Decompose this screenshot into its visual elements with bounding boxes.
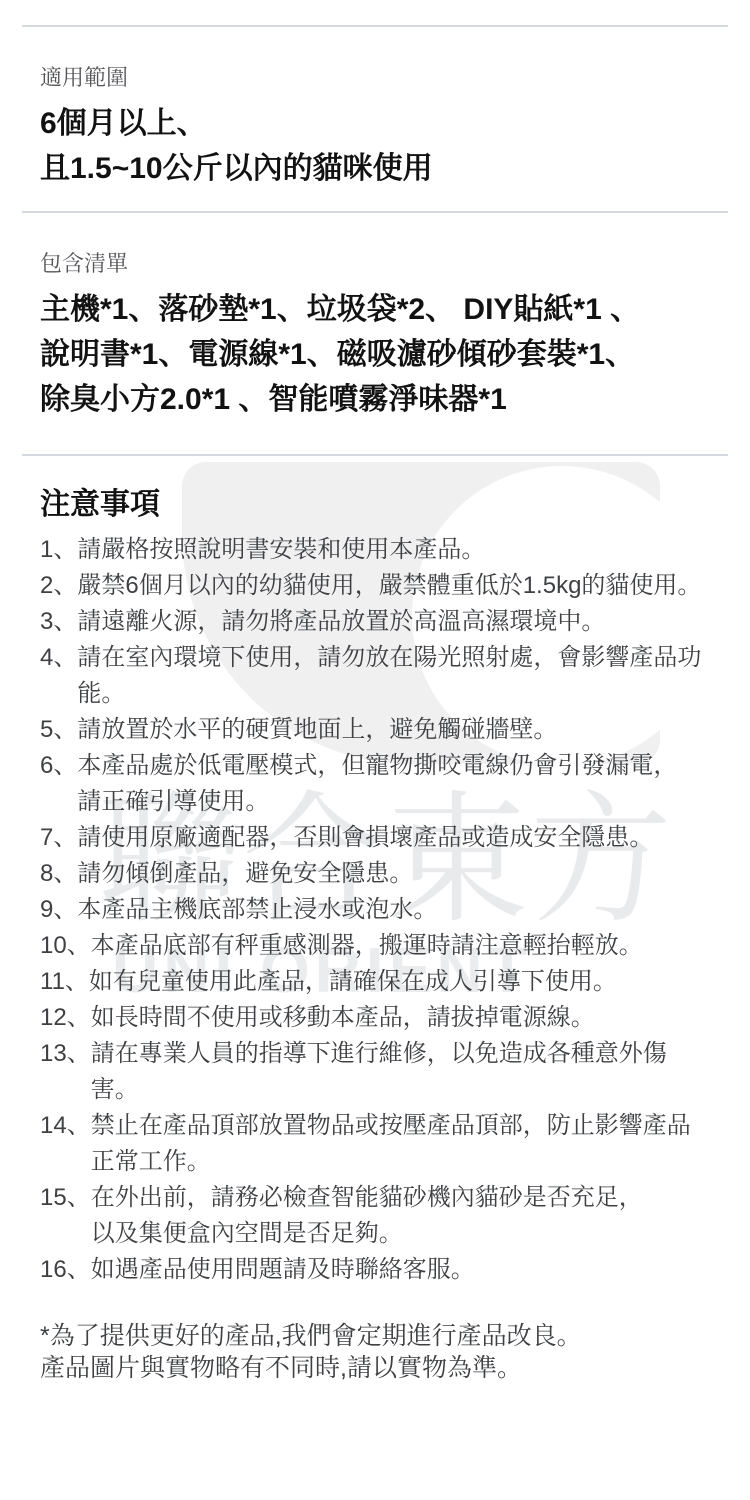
note-text: 在外出前，請務必檢查智能貓砂機內貓砂是否充足， 以及集便盒內空間是否足夠。 [91, 1180, 643, 1252]
note-item: 4、請在室內環境下使用，請勿放在陽光照射處，會影響產品功能。 [40, 640, 710, 712]
note-item: 11、如有兒童使用此產品，請確保在成人引導下使用。 [40, 964, 710, 1000]
note-number: 12、 [40, 1000, 91, 1036]
note-item: 16、如遇產品使用問題請及時聯絡客服。 [40, 1252, 710, 1288]
note-number: 4、 [40, 640, 77, 676]
scope-line-1: 6個月以上、 [40, 101, 710, 146]
note-number: 15、 [40, 1180, 91, 1216]
note-text: 本產品主機底部禁止浸水或泡水。 [77, 892, 437, 928]
note-text: 嚴禁6個月以內的幼貓使用，嚴禁體重低於1.5kg的貓使用。 [77, 568, 701, 604]
note-text: 本產品底部有秤重感測器，搬運時請注意輕抬輕放。 [91, 928, 643, 964]
included-line-3: 除臭小方2.0*1 、智能噴霧淨味器*1 [40, 377, 710, 422]
note-item: 15、在外出前，請務必檢查智能貓砂機內貓砂是否充足， 以及集便盒內空間是否足夠。 [40, 1180, 710, 1252]
included-label: 包含清單 [40, 251, 710, 277]
note-number: 10、 [40, 928, 91, 964]
note-text: 請放置於水平的硬質地面上，避免觸碰牆壁。 [77, 712, 557, 748]
note-item: 9、本產品主機底部禁止浸水或泡水。 [40, 892, 710, 928]
note-text: 如有兒童使用此產品，請確保在成人引導下使用。 [89, 964, 617, 1000]
note-text: 如遇產品使用問題請及時聯絡客服。 [91, 1252, 475, 1288]
section-scope: 適用範圍 6個月以上、 且1.5~10公斤以內的貓咪使用 [0, 65, 750, 191]
note-text: 請嚴格按照說明書安裝和使用本產品。 [77, 532, 485, 568]
note-item: 6、本產品處於低電壓模式，但寵物撕咬電線仍會引發漏電， 請正確引導使用。 [40, 748, 710, 820]
note-item: 14、禁止在產品頂部放置物品或按壓產品頂部，防止影響產品 正常工作。 [40, 1108, 710, 1180]
note-item: 2、嚴禁6個月以內的幼貓使用，嚴禁體重低於1.5kg的貓使用。 [40, 568, 710, 604]
note-text: 請在室內環境下使用，請勿放在陽光照射處，會影響產品功能。 [77, 640, 710, 712]
note-item: 3、請遠離火源，請勿將產品放置於高溫高濕環境中。 [40, 604, 710, 640]
note-number: 9、 [40, 892, 77, 928]
note-number: 2、 [40, 568, 77, 604]
section-divider [22, 25, 728, 27]
footer-line-1: *為了提供更好的產品,我們會定期進行產品改良。 [40, 1320, 710, 1352]
note-text: 請勿傾倒產品，避免安全隱患。 [77, 856, 413, 892]
note-text: 請在專業人員的指導下進行維修，以免造成各種意外傷害。 [91, 1036, 710, 1108]
note-number: 8、 [40, 856, 77, 892]
footer-line-2: 產品圖片與實物略有不同時,請以實物為準。 [40, 1352, 710, 1384]
note-item: 13、請在專業人員的指導下進行維修，以免造成各種意外傷害。 [40, 1036, 710, 1108]
scope-line-2: 且1.5~10公斤以內的貓咪使用 [40, 146, 710, 191]
note-number: 11、 [40, 964, 89, 1000]
note-text: 如長時間不使用或移動本產品，請拔掉電源線。 [91, 1000, 595, 1036]
included-line-2: 說明書*1、電源線*1、磁吸濾砂傾砂套裝*1、 [40, 332, 710, 377]
content: 適用範圍 6個月以上、 且1.5~10公斤以內的貓咪使用 包含清單 主機*1、落… [0, 25, 750, 1384]
note-text: 本產品處於低電壓模式，但寵物撕咬電線仍會引發漏電， 請正確引導使用。 [77, 748, 677, 820]
scope-label: 適用範圍 [40, 65, 710, 91]
note-number: 13、 [40, 1036, 91, 1072]
section-included: 包含清單 主機*1、落砂墊*1、垃圾袋*2、 DIY貼紙*1 、 說明書*1、電… [0, 251, 750, 422]
note-number: 14、 [40, 1108, 91, 1144]
product-detail-page: 聯合東方 UNI ORIENT 適用範圍 6個月以上、 且1.5~10公斤以內的… [0, 0, 750, 1500]
notes-title: 注意事項 [40, 484, 710, 526]
note-item: 7、請使用原廠適配器，否則會損壞產品或造成安全隱患。 [40, 820, 710, 856]
note-item: 8、請勿傾倒產品，避免安全隱患。 [40, 856, 710, 892]
note-number: 3、 [40, 604, 77, 640]
footer-disclaimer: *為了提供更好的產品,我們會定期進行產品改良。 產品圖片與實物略有不同時,請以實… [40, 1320, 710, 1384]
note-item: 1、請嚴格按照說明書安裝和使用本產品。 [40, 532, 710, 568]
scope-text: 6個月以上、 且1.5~10公斤以內的貓咪使用 [40, 101, 710, 191]
note-number: 7、 [40, 820, 77, 856]
note-item: 12、如長時間不使用或移動本產品，請拔掉電源線。 [40, 1000, 710, 1036]
note-number: 1、 [40, 532, 77, 568]
section-notes: 注意事項 1、請嚴格按照說明書安裝和使用本產品。 2、嚴禁6個月以內的幼貓使用，… [0, 484, 750, 1384]
note-item: 5、請放置於水平的硬質地面上，避免觸碰牆壁。 [40, 712, 710, 748]
note-number: 5、 [40, 712, 77, 748]
section-divider [22, 211, 728, 213]
included-text: 主機*1、落砂墊*1、垃圾袋*2、 DIY貼紙*1 、 說明書*1、電源線*1、… [40, 287, 710, 422]
note-number: 6、 [40, 748, 77, 784]
notes-list: 1、請嚴格按照說明書安裝和使用本產品。 2、嚴禁6個月以內的幼貓使用，嚴禁體重低… [40, 532, 710, 1288]
note-text: 禁止在產品頂部放置物品或按壓產品頂部，防止影響產品 正常工作。 [91, 1108, 691, 1180]
note-number: 16、 [40, 1252, 91, 1288]
note-text: 請使用原廠適配器，否則會損壞產品或造成安全隱患。 [77, 820, 653, 856]
section-divider [22, 454, 728, 456]
note-item: 10、本產品底部有秤重感測器，搬運時請注意輕抬輕放。 [40, 928, 710, 964]
included-line-1: 主機*1、落砂墊*1、垃圾袋*2、 DIY貼紙*1 、 [40, 287, 710, 332]
note-text: 請遠離火源，請勿將產品放置於高溫高濕環境中。 [77, 604, 605, 640]
